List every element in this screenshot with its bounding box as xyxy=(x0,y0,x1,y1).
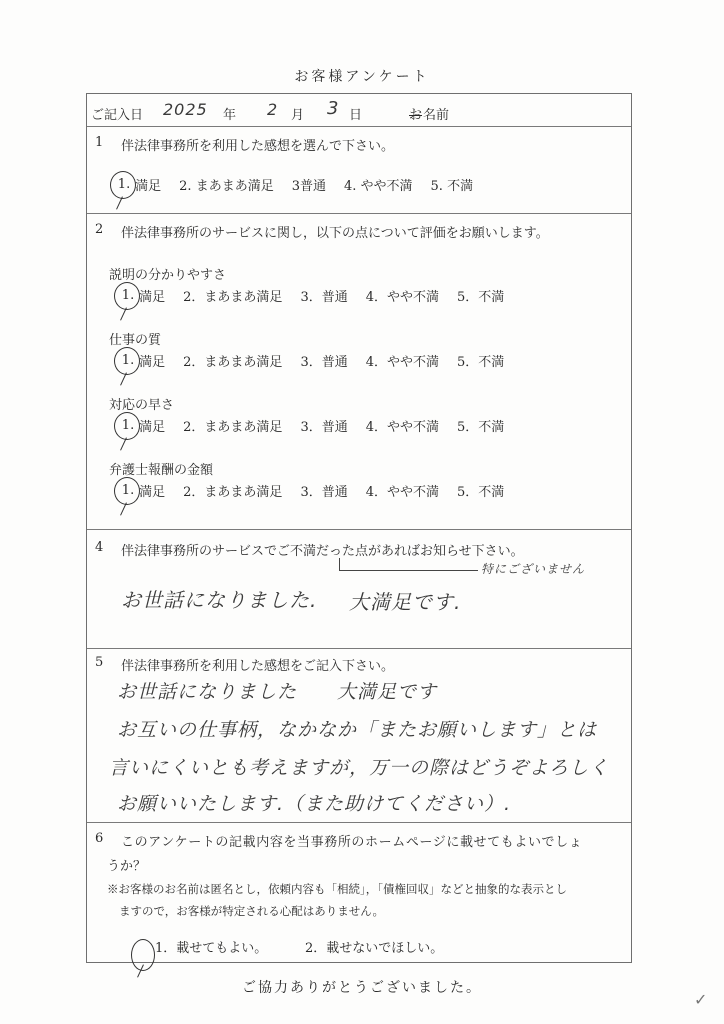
q2-item-options: 1. 満足 2．まあまあ満足 3．普通 4．やや不満 5．不満 xyxy=(121,416,522,435)
q2-option-5[interactable]: 5．不満 xyxy=(457,286,504,305)
arrow-annotation-icon xyxy=(339,558,478,571)
date-name-row: ご記入日 2025 年 2 月 3 日 お 名前 xyxy=(87,94,631,127)
q2-option-5[interactable]: 5．不満 xyxy=(457,416,504,435)
q1-option-5[interactable]: 5. 不満 xyxy=(431,175,474,194)
q2-item-options: 1. 満足 2．まあまあ満足 3．普通 4．やや不満 5．不満 xyxy=(121,286,522,305)
q2-option-1[interactable]: 1. 満足 xyxy=(121,351,165,370)
month-value[interactable]: 2 xyxy=(267,100,278,119)
question-2-section: 2 伴法律事務所のサービスに関し，以下の点について評価をお願いします。 説明の分… xyxy=(87,214,631,530)
day-unit: 日 xyxy=(349,104,362,123)
q6-note-line1: ※お客様のお名前は匿名とし，依頼内容も「相続」，「債権回収」などと抽象的な表示と… xyxy=(107,881,567,897)
q4-note[interactable]: 特にございません xyxy=(481,560,585,577)
q4-question: 伴法律事務所のサービスでご不満だった点があればお知らせ下さい。 xyxy=(121,540,524,559)
date-label: ご記入日 xyxy=(91,104,143,123)
q2-option-2[interactable]: 2．まあまあ満足 xyxy=(183,351,282,370)
q2-option-5[interactable]: 5．不満 xyxy=(457,481,504,500)
q1-number: 1 xyxy=(95,135,103,150)
q6-question-line2: うか？ xyxy=(107,855,146,874)
q2-option-3[interactable]: 3．普通 xyxy=(300,351,347,370)
q2-option-2[interactable]: 2．まあまあ満足 xyxy=(183,481,282,500)
q5-answer-line[interactable]: お願いいたします.（また助けてください）. xyxy=(117,789,511,816)
q1-question: 伴法律事務所を利用した感想を選んで下さい。 xyxy=(121,135,394,154)
q2-option-1[interactable]: 1. 満足 xyxy=(121,481,165,500)
q4-answer-part1[interactable]: お世話になりました. xyxy=(121,584,317,613)
question-4-section: 4 伴法律事務所のサービスでご不満だった点があればお知らせ下さい。 特にございま… xyxy=(87,530,631,649)
question-5-section: 5 伴法律事務所を利用した感想をご記入下さい。 お世話になりました 大満足です … xyxy=(87,649,631,823)
year-value[interactable]: 2025 xyxy=(163,100,208,119)
q2-item-options: 1. 満足 2．まあまあ満足 3．普通 4．やや不満 5．不満 xyxy=(121,351,522,370)
selection-circle-icon xyxy=(114,347,140,375)
q5-question: 伴法律事務所を利用した感想をご記入下さい。 xyxy=(121,655,394,674)
selection-circle-icon xyxy=(114,477,140,505)
year-unit: 年 xyxy=(223,104,236,123)
q2-option-1[interactable]: 1. 満足 xyxy=(121,286,165,305)
q1-option-2[interactable]: 2. まあまあ満足 xyxy=(179,175,274,194)
q2-item-label: 対応の早さ xyxy=(109,394,174,413)
q2-option-2[interactable]: 2．まあまあ満足 xyxy=(183,286,282,305)
q2-option-3[interactable]: 3．普通 xyxy=(300,416,347,435)
q2-option-3[interactable]: 3．普通 xyxy=(300,286,347,305)
q2-option-4[interactable]: 4．やや不満 xyxy=(366,481,439,500)
question-1-section: 1 伴法律事務所を利用した感想を選んで下さい。 1. 満足 2. まあまあ満足 … xyxy=(87,127,631,214)
name-prefix-struck: お xyxy=(409,104,422,123)
q2-item-label: 説明の分かりやすさ xyxy=(109,264,226,283)
thanks-message: ご協力ありがとうございました。 xyxy=(0,977,724,997)
day-value[interactable]: 3 xyxy=(327,98,339,119)
q2-item-options: 1. 満足 2．まあまあ満足 3．普通 4．やや不満 5．不満 xyxy=(121,481,522,500)
q2-option-2[interactable]: 2．まあまあ満足 xyxy=(183,416,282,435)
q1-option-4[interactable]: 4. やや不満 xyxy=(344,175,413,194)
q2-option-1[interactable]: 1. 満足 xyxy=(121,416,165,435)
q2-option-4[interactable]: 4．やや不満 xyxy=(366,416,439,435)
q2-option-5[interactable]: 5．不満 xyxy=(457,351,504,370)
q2-question: 伴法律事務所のサービスに関し，以下の点について評価をお願いします。 xyxy=(121,222,549,241)
q1-options: 1. 満足 2. まあまあ満足 3普通 4. やや不満 5. 不満 xyxy=(117,175,491,194)
selection-circle-icon xyxy=(131,939,155,971)
check-mark-icon: ✓ xyxy=(694,990,707,1009)
q4-number: 4 xyxy=(95,540,103,555)
month-unit: 月 xyxy=(291,104,304,123)
q6-note-line2: ますので，お客様が特定される心配はありません。 xyxy=(119,903,384,919)
selection-circle-icon xyxy=(114,412,140,440)
question-6-section: 6 このアンケートの記載内容を当事務所のホームページに載せてもよいでしょ うか？… xyxy=(87,823,631,964)
q2-number: 2 xyxy=(95,222,103,237)
survey-title: お客様アンケート xyxy=(0,66,724,86)
q5-answer-line[interactable]: 言いにくいとも考えますが，万一の際はどうぞよろしく xyxy=(109,753,609,780)
q2-item-label: 仕事の質 xyxy=(109,329,161,348)
q6-number: 6 xyxy=(95,831,103,846)
selection-circle-icon xyxy=(114,282,140,310)
q5-answer-line[interactable]: お世話になりました 大満足です xyxy=(117,677,437,704)
q1-option-1[interactable]: 1. 満足 xyxy=(117,175,161,194)
q4-answer-part2[interactable]: 大満足です. xyxy=(349,586,461,615)
q5-answer-line[interactable]: お互いの仕事柄，なかなか「またお願いします」とは xyxy=(117,715,597,742)
q2-option-4[interactable]: 4．やや不満 xyxy=(366,286,439,305)
q2-option-3[interactable]: 3．普通 xyxy=(300,481,347,500)
name-label: 名前 xyxy=(423,104,449,123)
selection-circle-icon xyxy=(110,171,136,199)
survey-form: ご記入日 2025 年 2 月 3 日 お 名前 1 伴法律事務所を利用した感想… xyxy=(86,93,632,963)
q6-option-2[interactable]: 2．載せないでほしい。 xyxy=(305,937,443,956)
q6-option-1[interactable]: 1．載せてもよい。 xyxy=(141,937,267,956)
q5-number: 5 xyxy=(95,655,103,670)
q2-option-4[interactable]: 4．やや不満 xyxy=(366,351,439,370)
q1-option-3[interactable]: 3普通 xyxy=(292,175,326,194)
q6-question-line1: このアンケートの記載内容を当事務所のホームページに載せてもよいでしょ xyxy=(121,831,582,850)
q2-item-label: 弁護士報酬の金額 xyxy=(109,459,213,478)
